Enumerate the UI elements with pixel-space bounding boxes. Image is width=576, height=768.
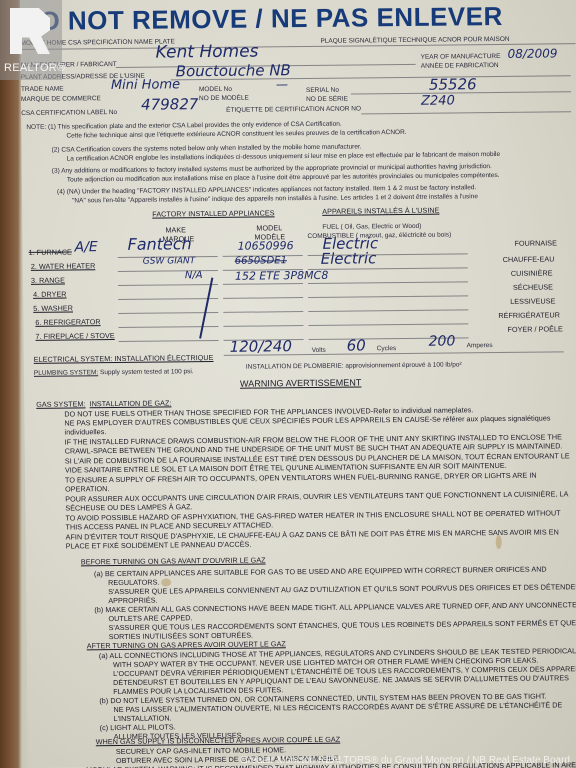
nameplate-photo: DO NOT REMOVE / NE PAS ENLEVER MOBILE HO… — [0, 0, 576, 768]
appliances-heading-fr: APPAREILS INSTALLÉS À L'USINE — [322, 206, 439, 216]
manufacturer-value: Kent Homes — [155, 42, 258, 63]
electrical-volts-value: 120/240 — [230, 337, 293, 356]
realtor-logo-text: REALTOR® — [4, 62, 65, 74]
note-1-fr: Cette fiche technique ainsi que l'étique… — [66, 129, 406, 140]
year-value: 08/2009 — [508, 46, 558, 61]
appliances-heading-en: FACTORY INSTALLED APPLIANCES — [152, 208, 274, 218]
watermark-credit: Greater Moncton REALTORS® du Grand Monct… — [240, 755, 570, 766]
model-label-fr: NO DE MODÈLE — [199, 95, 249, 103]
acnor-value: Z240 — [421, 93, 455, 108]
gas-system-label: GAS SYSTEM: INSTALLATION DE GAZ: — [36, 398, 171, 408]
trade-value: Mini Home — [111, 77, 180, 93]
electrical-label: ELECTRICAL SYSTEM: INSTALLATION ÉLECTRIQ… — [34, 353, 214, 364]
csa-label: CSA CERTIFICATION LABEL No — [21, 109, 117, 117]
csa-nameplate: DO NOT REMOVE / NE PAS ENLEVER MOBILE HO… — [20, 0, 576, 768]
model-label-en: MODEL No — [199, 86, 232, 93]
csa-value: 479827 — [141, 95, 198, 114]
electrical-cycles-value: 60 — [347, 336, 366, 354]
disconnect-heading: WHEN GAS SUPPLY IS DISCONNECTED APRES AV… — [96, 735, 341, 747]
warning-heading: WARNING AVERTISSEMENT — [240, 377, 362, 388]
trade-label-en: TRADE NAME — [21, 86, 64, 93]
note-4-fr: "NA" sous l'en-tête "Appareils installés… — [72, 193, 478, 204]
page-title: DO NOT REMOVE / NE PAS ENLEVER — [20, 0, 576, 37]
col-fuel: FUEL ( Oil, Gas, Electric or Wood) — [322, 223, 421, 231]
col-model: MODEL — [256, 223, 282, 232]
serial-label-en: SERIAL No — [306, 87, 339, 94]
model-value: — — [276, 77, 288, 91]
trade-label-fr: MARQUE DE COMMERCE — [21, 95, 101, 103]
before-gas-heading: BEFORE TURNING ON GAS AVANT D'OUVRIR LE … — [81, 555, 266, 566]
electrical-amps-unit: Amperes — [467, 342, 493, 349]
year-label-fr: ANNÉE DE FABRICATION — [421, 62, 499, 70]
appliances-table: 1. FURNACE A/E Fantech 10650996 Electric… — [23, 238, 576, 244]
plumbing-fr: INSTALLATION DE PLOMBERIE: approvisionne… — [246, 361, 462, 370]
electrical-amps-value: 200 — [429, 333, 456, 349]
electrical-cycles-unit: Cycles — [377, 345, 397, 352]
year-label-en: YEAR OF MANUFACTURE — [421, 53, 501, 61]
col-make: MAKE — [165, 225, 186, 234]
serial-value: 55526 — [429, 75, 477, 93]
plumbing-en: PLUMBING SYSTEM: Supply system tested at… — [34, 368, 194, 377]
realtor-logo: REALTOR® — [0, 0, 62, 80]
serial-label-fr: NO DE SÉRIE — [306, 96, 348, 103]
realtor-r-icon — [10, 8, 50, 54]
acnor-label: ÉTIQUETTE DE CERTIFICATION ACNOR NO — [226, 105, 361, 113]
